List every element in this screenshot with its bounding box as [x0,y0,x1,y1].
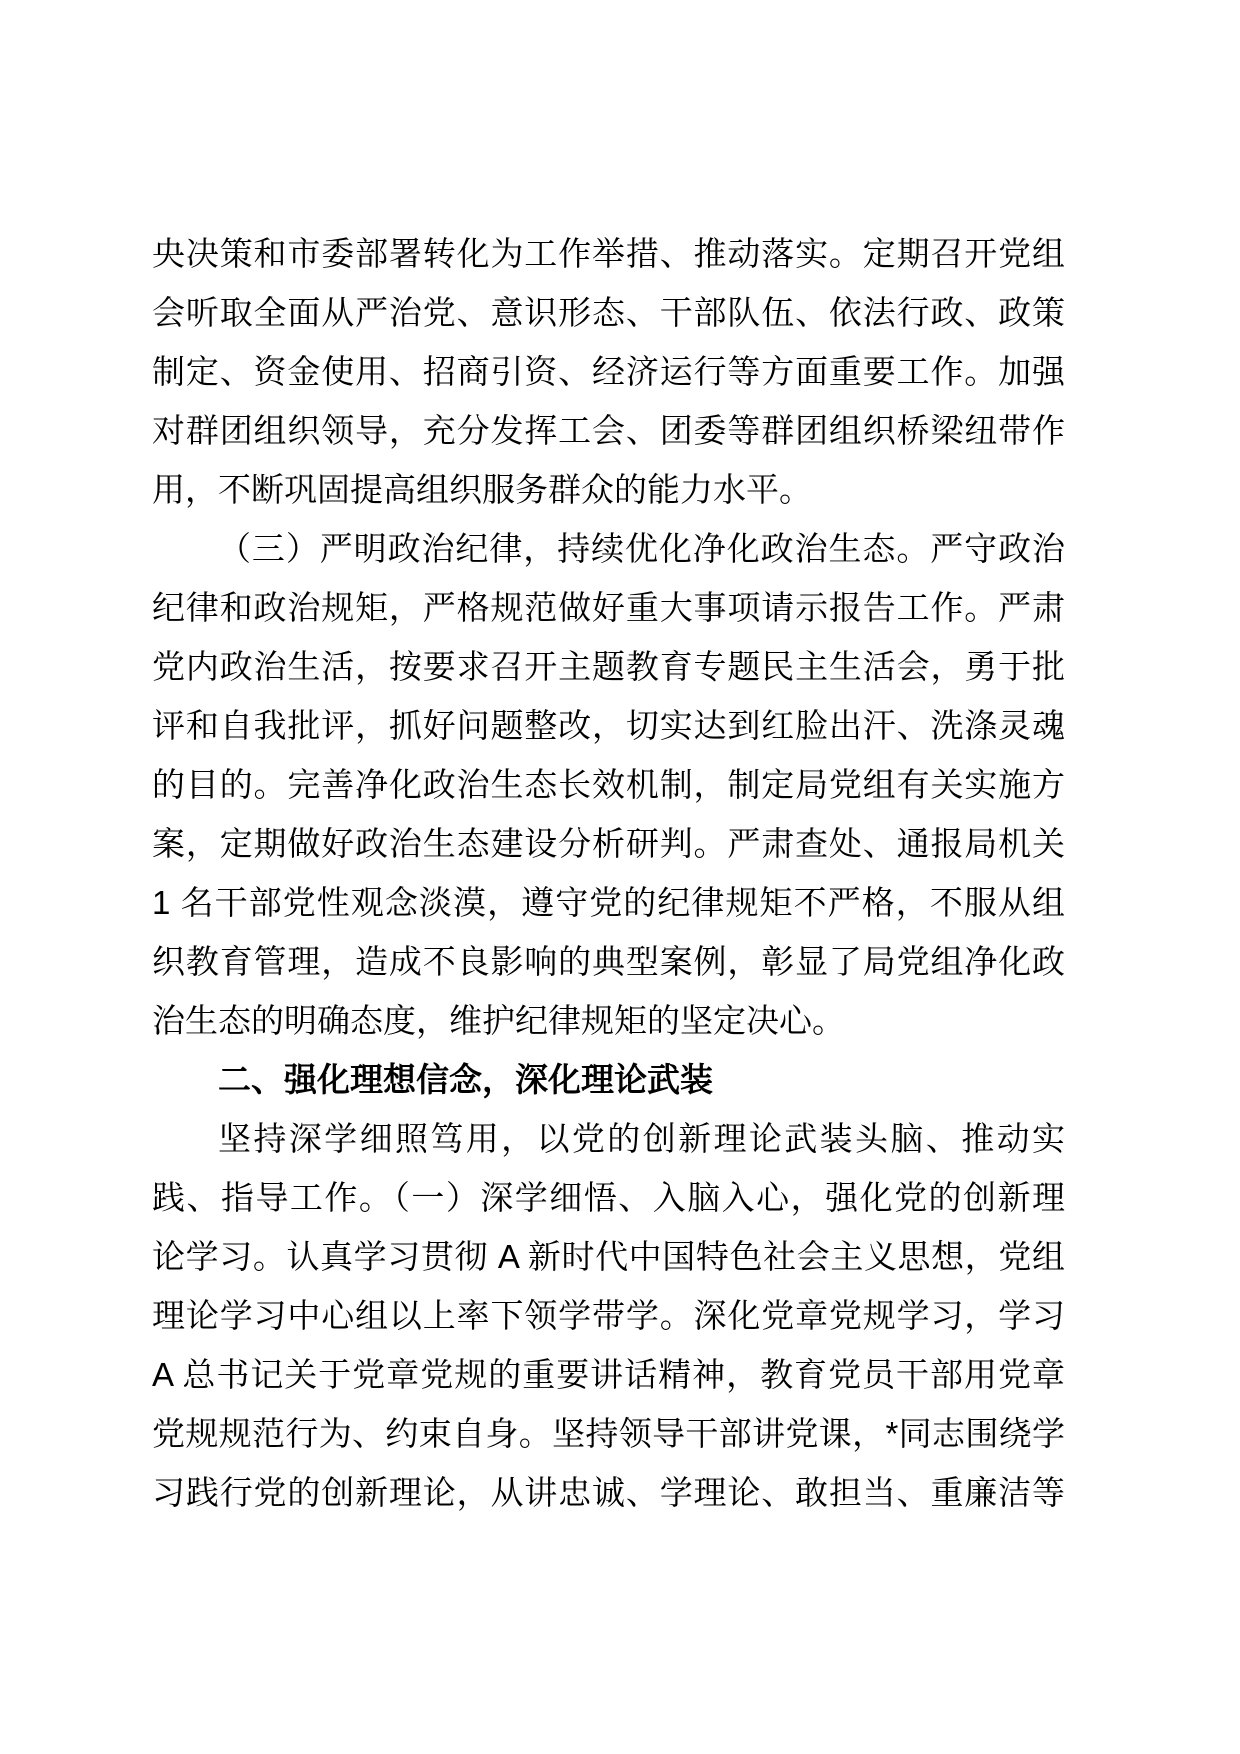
text-line: 制定、资金使用、招商引资、经济运行等方面重要工作。加强 [152,342,1065,401]
text-line: 1 名干部党性观念淡漠，遵守党的纪律规矩不严格，不服从组 [152,873,1065,932]
text-line: 用，不断巩固提高组织服务群众的能力水平。 [152,460,1065,519]
text-line: 习践行党的创新理论，从讲忠诚、学理论、敢担当、重廉洁等 [152,1463,1065,1522]
text-line: 治生态的明确态度，维护纪律规矩的坚定决心。 [152,991,1065,1050]
text-line: 评和自我批评，抓好问题整改，切实达到红脸出汗、洗涤灵魂 [152,696,1065,755]
text-line: 党规规范行为、约束自身。坚持领导干部讲党课，*同志围绕学 [152,1404,1065,1463]
text-line: A 总书记关于党章党规的重要讲话精神，教育党员干部用党章 [152,1345,1065,1404]
text-line: 理论学习中心组以上率下领学带学。深化党章党规学习，学习 [152,1286,1065,1345]
text-line: 案，定期做好政治生态建设分析研判。严肃查处、通报局机关 [152,814,1065,873]
text-line: 坚持深学细照笃用，以党的创新理论武装头脑、推动实 [152,1109,1065,1168]
text-line: 对群团组织领导，充分发挥工会、团委等群团组织桥梁纽带作 [152,401,1065,460]
text-line: （三）严明政治纪律，持续优化净化政治生态。严守政治 [152,519,1065,578]
text-line: 的目的。完善净化政治生态长效机制，制定局党组有关实施方 [152,755,1065,814]
text-line: 纪律和政治规矩，严格规范做好重大事项请示报告工作。严肃 [152,578,1065,637]
text-line: 党内政治生活，按要求召开主题教育专题民主生活会，勇于批 [152,637,1065,696]
text-line: 会听取全面从严治党、意识形态、干部队伍、依法行政、政策 [152,283,1065,342]
text-line: 央决策和市委部署转化为工作举措、推动落实。定期召开党组 [152,224,1065,283]
text-line: 二、强化理想信念，深化理论武装 [152,1050,1065,1109]
document-text-block: 央决策和市委部署转化为工作举措、推动落实。定期召开党组会听取全面从严治党、意识形… [152,224,1065,1522]
text-line: 论学习。认真学习贯彻 A 新时代中国特色社会主义思想，党组 [152,1227,1065,1286]
text-line: 践、指导工作。（一）深学细悟、入脑入心，强化党的创新理 [152,1168,1065,1227]
text-line: 织教育管理，造成不良影响的典型案例，彰显了局党组净化政 [152,932,1065,991]
document-page: 央决策和市委部署转化为工作举措、推动落实。定期召开党组会听取全面从严治党、意识形… [0,0,1240,1754]
